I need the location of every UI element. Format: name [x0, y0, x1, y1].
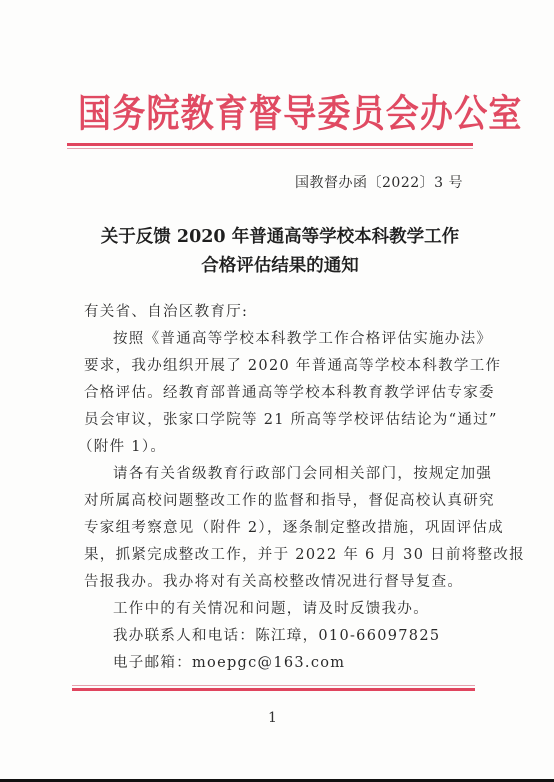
- paragraph-1-line: 员会审议，张家口学院等 21 所高等学校评估结论为“通过”: [84, 408, 494, 429]
- email-line: 电子邮箱：moepgc@163.com: [113, 651, 523, 672]
- footer-red-rule: [72, 685, 475, 693]
- paragraph-1-line: 合格评估。经教育部普通高等学校本科教育教学评估专家委: [84, 381, 494, 402]
- issuer-header: 国务院教育督导委员会办公室: [78, 86, 458, 141]
- thick-red-line: [67, 143, 473, 146]
- header-red-rule: [67, 143, 473, 151]
- paragraph-1-line: 要求，我办组织开展了 2020 年普通高等学校本科教学工作: [84, 354, 494, 375]
- document-title-line-2: 合格评估结果的通知: [60, 252, 500, 277]
- thin-red-line: [67, 148, 473, 149]
- document-page: 国务院教育督导委员会办公室 国教督办函〔2022〕3 号 关于反馈 2020 年…: [0, 0, 554, 782]
- paragraph-1-line: 按照《普通高等学校本科教学工作合格评估实施办法》: [113, 327, 523, 348]
- paragraph-1-line: （附件 1）。: [78, 435, 488, 456]
- page-number: 1: [268, 710, 277, 726]
- paragraph-3: 工作中的有关情况和问题，请及时反馈我办。: [113, 597, 523, 618]
- contact-line: 我办联系人和电话：陈江璋，010-66097825: [113, 624, 523, 645]
- paragraph-2-line: 告报我办。我办将对有关高校整改情况进行督导复查。: [84, 570, 494, 591]
- document-title-line-1: 关于反馈 2020 年普通高等学校本科教学工作: [60, 223, 500, 248]
- paragraph-2-line: 专家组考察意见（附件 2），逐条制定整改措施，巩固评估成: [84, 516, 494, 537]
- paragraph-2-line: 请各有关省级教育行政部门会同相关部门，按规定加强: [113, 462, 523, 483]
- document-number: 国教督办函〔2022〕3 号: [295, 172, 463, 192]
- thick-red-line: [72, 688, 475, 691]
- paragraph-2-line: 果，抓紧完成整改工作，并于 2022 年 6 月 30 日前将整改报: [84, 543, 494, 564]
- paragraph-2-line: 对所属高校问题整改工作的监督和指导，督促高校认真研究: [84, 489, 494, 510]
- thin-red-line: [72, 685, 475, 686]
- salutation: 有关省、自治区教育厅:: [84, 300, 494, 321]
